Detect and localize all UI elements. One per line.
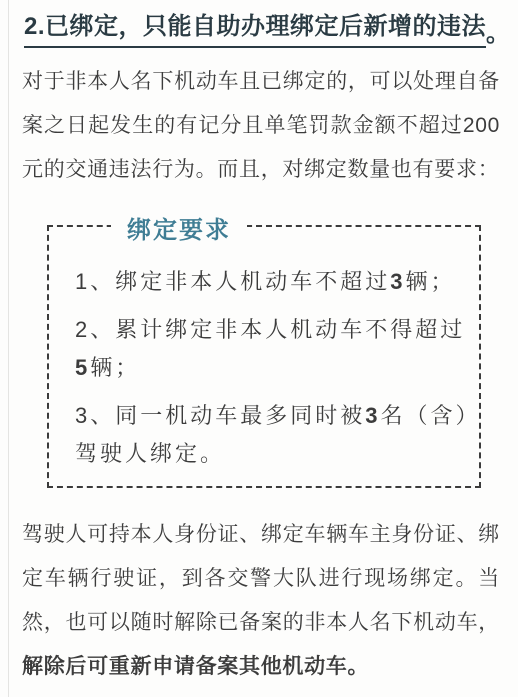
closing-paragraph-text: 驾驶人可持本人身份证、绑定车辆车主身份证、绑定车辆行驶证，到各交警大队进行现场绑… [22, 523, 500, 634]
binding-rule-1-text: 1、绑定非本人机动车不超过 [75, 269, 390, 294]
page-left-edge-divider [8, 0, 9, 697]
binding-rule-3-text: 3、同一机动车最多同时被 [75, 403, 365, 428]
binding-requirements-title: 绑定要求 [111, 210, 247, 245]
closing-paragraph: 驾驶人可持本人身份证、绑定车辆车主身份证、绑定车辆行驶证，到各交警大队进行现场绑… [22, 513, 500, 689]
binding-rule-2-number: 5 [75, 355, 90, 380]
binding-rule-1-number: 3 [390, 269, 405, 294]
intro-paragraph: 对于非本人名下机动车且已绑定的，可以处理自备案之日起发生的有记分且单笔罚款金额不… [22, 60, 500, 192]
binding-rule-3: 3、同一机动车最多同时被3名（含）驾驶人绑定。 [75, 397, 479, 473]
section-heading-text: 2.已绑定，只能自助办理绑定后新增的违法 [24, 6, 486, 48]
binding-requirements-box: 绑定要求 1、绑定非本人机动车不超过3辆； 2、累计绑定非本人机动车不得超过5辆… [47, 225, 481, 488]
article-page: 2.已绑定，只能自助办理绑定后新增的违法。 对于非本人名下机动车且已绑定的，可以… [0, 0, 518, 697]
binding-rule-1: 1、绑定非本人机动车不超过3辆； [75, 263, 479, 301]
section-heading: 2.已绑定，只能自助办理绑定后新增的违法。 [24, 6, 511, 48]
binding-rule-2: 2、累计绑定非本人机动车不得超过5辆； [75, 311, 479, 387]
binding-rule-2-tail: 辆； [90, 355, 140, 380]
binding-rule-2-text: 2、累计绑定非本人机动车不得超过 [75, 317, 465, 342]
section-heading-period: 。 [486, 13, 511, 48]
binding-rule-3-number: 3 [365, 403, 380, 428]
closing-paragraph-bold-text: 解除后可重新申请备案其他机动车。 [22, 655, 369, 678]
binding-rule-1-tail: 辆； [406, 269, 456, 294]
